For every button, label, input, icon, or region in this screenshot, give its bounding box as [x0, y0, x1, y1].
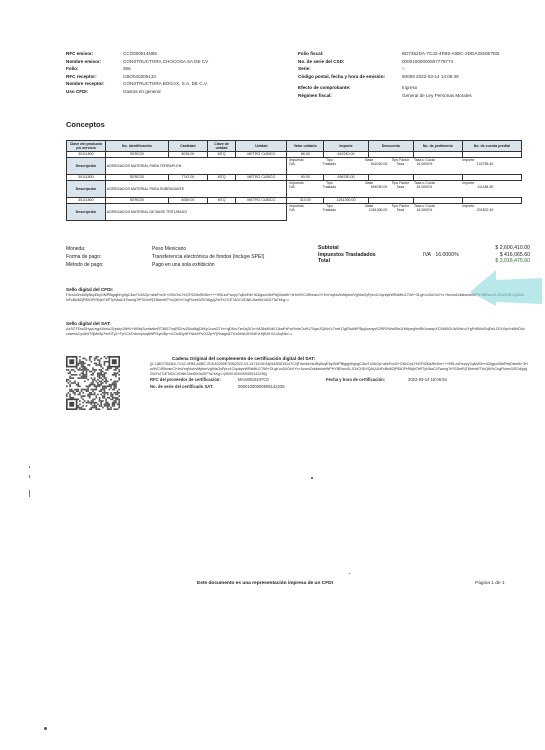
scan-mark: [29, 475, 30, 478]
regimen-value: General de Ley Personas Morales: [402, 92, 472, 100]
concept-description-row: DescripciónAGREGADOS MATERIAL PARA SUBRA…: [67, 181, 522, 198]
forma-pago-value: Transferencia electrónica de fondos (inc…: [152, 253, 264, 261]
uso-cfdi-value: Gastos en general: [123, 88, 161, 96]
tax-value-tipo: Traslado: [311, 185, 347, 189]
taxes-kind: IVA 16.0000%: [423, 252, 459, 259]
description-value: AGREGADOS MATERIAL PARA SUBRASANTE: [105, 181, 287, 198]
col-descuento: Descuento: [368, 141, 413, 152]
description-label: Descripción: [67, 158, 106, 175]
tax-value-impuesto: IVA: [287, 185, 311, 189]
description-value: AGREGADOS MATERIAL PARA TERRAPLEN: [105, 158, 287, 175]
taxes-label: Impuestos Trasladados: [318, 252, 376, 259]
provider-label: RFC del proveedor de certificación:: [150, 376, 238, 383]
cert-date-label: Fecha y hora de certificación:: [326, 376, 408, 383]
total-label: Total: [318, 258, 330, 265]
field-label: Método de pago:: [66, 261, 152, 269]
col-unidad: Unidad: [236, 141, 287, 152]
qr-code: [66, 356, 120, 410]
cert-serial-label: No. de serie del certificado SAT: [150, 383, 238, 390]
field-label: Código postal, fecha y hora de emisión:: [298, 73, 402, 85]
rfc-receptor-value: CBO040209134: [123, 73, 156, 81]
tax-value-base: 1261390.00: [347, 208, 391, 212]
moneda-value: Peso Mexicano: [152, 245, 186, 253]
moneda-row: Moneda:Peso Mexicano: [66, 245, 264, 253]
seal-cfdi: Sello digital del CFDI: F4rzAdVsUByBoyEb…: [66, 286, 526, 303]
serie-value: A: [402, 65, 405, 73]
col-valor-unitario: Valor unitario: [287, 141, 324, 152]
tax-value-tasa: 16.0000%: [409, 208, 439, 212]
concept-description-row: DescripciónAGREGADOS MATERIAL DE BASE TR…: [67, 204, 522, 221]
scan-mark: [29, 466, 30, 468]
cert-serial-row: No. de serie del certificado SAT 0000100…: [150, 383, 528, 390]
efecto-value: Ingreso: [402, 84, 417, 92]
tax-value-impuesto: IVA: [287, 208, 311, 212]
col-clave: Clave del producto y/o servicio: [67, 141, 106, 152]
field-label: Nombre emisor:: [66, 58, 123, 66]
field-label: Folio:: [66, 65, 123, 73]
scan-speck: [311, 477, 313, 479]
description-label: Descripción: [67, 204, 106, 221]
nombre-receptor-value: CONSTRUCTORA BOGAX, S.A. DE C.V.: [123, 80, 208, 88]
issuer-receiver-info: RFC emisor:CCO000514N85 Nombre emisor:CO…: [66, 50, 208, 96]
col-cantidad: Cantidad: [169, 141, 208, 152]
provider-row: RFC del proveedor de certificación: MAS0…: [150, 376, 528, 383]
tax-breakdown: ImpuestoTipoBaseTipo FactorTasa o CuotaI…: [287, 204, 522, 221]
field-label: No. de serie del CSD:: [298, 58, 402, 66]
col-importe: Importe: [324, 141, 369, 152]
total-row: Total$ 3,016,475.60: [318, 258, 530, 265]
page-number: Página 1 de 1: [475, 581, 505, 586]
field-label: Moneda:: [66, 245, 152, 253]
field-label: RFC receptor:: [66, 73, 123, 81]
field-label: Régimen fiscal:: [298, 92, 402, 100]
csd-serial-value: 00001000000507779774: [402, 58, 453, 66]
csd-serial-row: No. de serie del CSD:0000100000050777977…: [298, 58, 499, 66]
tax-value-tipo-factor: Tasa: [391, 185, 409, 189]
tax-value-base: 642240.00: [347, 162, 391, 166]
regimen-row: Régimen fiscal:General de Ley Personas M…: [298, 92, 499, 100]
metodo-pago-row: Método de pago:Pago en una sola exhibici…: [66, 261, 264, 269]
tax-value-tipo-factor: Tasa: [391, 208, 409, 212]
field-label: Efecto de comprobante:: [298, 84, 402, 92]
concepts-table: Clave del producto y/o servicio No. iden…: [66, 140, 522, 221]
concepts-title: Conceptos: [66, 120, 105, 129]
total-value: $ 3,016,475.60: [495, 258, 530, 265]
tax-value-tasa: 16.0000%: [409, 162, 439, 166]
rfc-receptor-row: RFC receptor:CBO040209134: [66, 73, 208, 81]
arrow-annotation-icon: [470, 270, 542, 306]
tax-value-base: 696780.00: [347, 185, 391, 189]
taxes-rate: 16.0000%: [435, 252, 458, 258]
seal-cfdi-text: F4rzAdVsUByBoyEbyGMPBtgqjhKghgC4svTn3AOp…: [66, 293, 526, 303]
taxes-kind-text: IVA: [423, 252, 431, 258]
serie-row: Serie:A: [298, 65, 499, 73]
seal-cfdi-title: Sello digital del CFDI:: [66, 286, 526, 293]
folio-fiscal-value: BD7352DA-7C42-4FB5-A0BC-2DDA3250E7EB: [402, 50, 499, 58]
nombre-emisor-row: Nombre emisor:CONSTRUCTORA CHOCOSA SA DE…: [66, 58, 208, 66]
seal-sat-title: Sello digital del SAT:: [66, 320, 526, 327]
tax-value-importe: 111484.80: [439, 185, 497, 189]
footer-note: Este documento es una representación imp…: [197, 581, 333, 586]
taxes-value: $ 416,065.60: [500, 252, 530, 259]
field-label: Folio fiscal:: [298, 50, 402, 58]
field-label: Forma de pago:: [66, 253, 152, 261]
metodo-pago-value: Pago en una sola exhibición: [152, 261, 215, 269]
folio-row: Folio:366: [66, 65, 208, 73]
tax-value-tipo: Traslado: [311, 208, 347, 212]
totals: Subtotal$ 2,600,410.00 Impuestos Traslad…: [318, 245, 530, 265]
tax-value-tasa: 16.0000%: [409, 185, 439, 189]
seal-sat-text: AzSOTEscGHyyLegpUlsnuJ7pjsbyJ9iHV+WNlySu…: [66, 327, 526, 337]
tax-value-tipo-factor: Tasa: [391, 162, 409, 166]
chain-text: ||1.1|BD7352DA-7C42-4FB5-A0BC-2DDA3250E7…: [150, 362, 528, 376]
tax-breakdown: ImpuestoTipoBaseTipo FactorTasa o CuotaI…: [287, 181, 522, 198]
emission-value: 80058 2022-03-14 14:06:49: [402, 73, 459, 85]
nombre-receptor-row: Nombre receptor:CONSTRUCTORA BOGAX, S.A.…: [66, 80, 208, 88]
field-label: Uso CFDI:: [66, 88, 123, 96]
tax-value-importe: 102758.40: [439, 162, 497, 166]
folio-fiscal-row: Folio fiscal:BD7352DA-7C42-4FB5-A0BC-2DD…: [298, 50, 499, 58]
field-label: RFC emisor:: [66, 50, 123, 58]
cert-date-value: 2022-03-14 15:06:54: [408, 376, 447, 383]
uso-cfdi-row: Uso CFDI:Gastos en general: [66, 88, 208, 96]
col-cuenta-predial: No. de cuenta predial: [462, 141, 521, 152]
tax-value-importe: 201822.40: [439, 208, 497, 212]
scan-mark: [29, 490, 30, 497]
fiscal-info: Folio fiscal:BD7352DA-7C42-4FB5-A0BC-2DD…: [298, 50, 499, 99]
tax-breakdown: ImpuestoTipoBaseTipo FactorTasa o CuotaI…: [287, 158, 522, 175]
rfc-emisor-value: CCO000514N85: [123, 50, 157, 58]
description-value: AGREGADOS MATERIAL DE BASE TRITURADO: [105, 204, 287, 221]
payment-info: Moneda:Peso Mexicano Forma de pago:Trans…: [66, 245, 264, 269]
taxes-row: Impuestos Trasladados IVA 16.0000% $ 416…: [318, 252, 530, 259]
original-chain: Cadena Original del complemento de certi…: [150, 356, 528, 390]
col-identificacion: No. identificación: [105, 141, 168, 152]
folio-value: 366: [123, 65, 131, 73]
concept-description-row: DescripciónAGREGADOS MATERIAL PARA TERRA…: [67, 158, 522, 175]
cert-serial-value: 00001000000505142236: [238, 383, 285, 390]
provider-value: MAS0810247C0: [238, 376, 326, 383]
emission-row: Código postal, fecha y hora de emisión:8…: [298, 73, 499, 85]
forma-pago-row: Forma de pago:Transferencia electrónica …: [66, 253, 264, 261]
efecto-row: Efecto de comprobante:Ingreso: [298, 84, 499, 92]
nombre-emisor-value: CONSTRUCTORA CHOCOSA SA DE CV: [123, 58, 208, 66]
description-label: Descripción: [67, 181, 106, 198]
tax-value-tipo: Traslado: [311, 162, 347, 166]
tax-value-impuesto: IVA: [287, 162, 311, 166]
scan-speck: [44, 727, 47, 730]
seal-sat: Sello digital del SAT: AzSOTEscGHyyLegpU…: [66, 320, 526, 337]
field-label: Nombre receptor:: [66, 80, 123, 88]
scan-speck: [349, 573, 350, 574]
col-clave-unidad: Clave de unidad: [207, 141, 236, 152]
field-label: Serie:: [298, 65, 402, 73]
concepts-header-row: Clave del producto y/o servicio No. iden…: [67, 141, 522, 152]
invoice-page: RFC emisor:CCO000514N85 Nombre emisor:CO…: [0, 0, 545, 750]
col-pedimento: No. de pedimento: [413, 141, 462, 152]
rfc-emisor-row: RFC emisor:CCO000514N85: [66, 50, 208, 58]
